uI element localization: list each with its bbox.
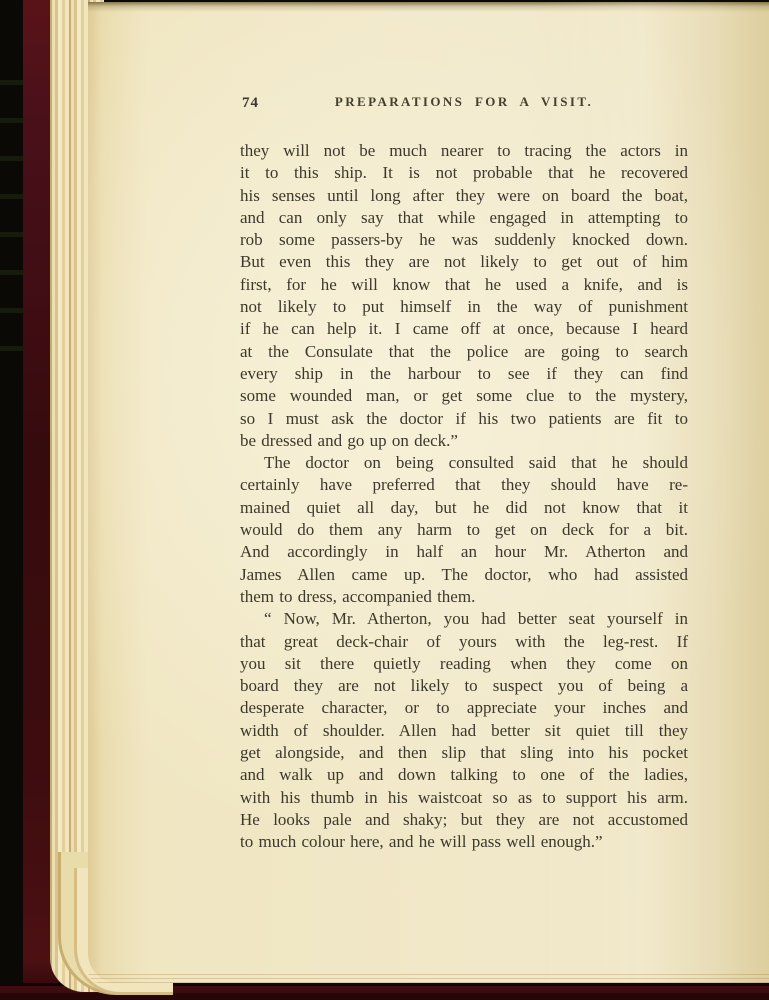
text-line: be dressed and go up on deck.” [240, 430, 688, 452]
text-line: it to this ship. It is not probable that… [240, 162, 688, 184]
text-line: so I must ask the doctor if his two pati… [240, 408, 688, 430]
text-line: at the Consulate that the police are goi… [240, 341, 688, 363]
text-line: not likely to put himself in the way of … [240, 296, 688, 318]
book-page: 74 PREPARATIONS FOR A VISIT. they will n… [88, 2, 769, 983]
text-line: The doctor on being consulted said that … [240, 452, 688, 474]
text-line: that great deck-chair of yours with the … [240, 631, 688, 653]
text-line: get alongside, and then slip that sling … [240, 742, 688, 764]
text-block: they will not be much nearer to tracing … [240, 140, 688, 854]
text-line: they will not be much nearer to tracing … [240, 140, 688, 162]
text-line: you sit there quietly reading when they … [240, 653, 688, 675]
text-line: board they are not likely to suspect you… [240, 675, 688, 697]
text-line: to much colour here, and he will pass we… [240, 831, 688, 853]
text-line: But even this they are not likely to get… [240, 251, 688, 273]
text-line: certainly have preferred that they shoul… [240, 474, 688, 496]
text-line: mained quiet all day, but he did not kno… [240, 497, 688, 519]
text-line: “ Now, Mr. Atherton, you had better seat… [240, 608, 688, 630]
text-line: and can only say that while engaged in a… [240, 207, 688, 229]
text-line: every ship in the harbour to see if they… [240, 363, 688, 385]
text-line: He looks pale and shaky; but they are no… [240, 809, 688, 831]
text-line: desperate character, or to appreciate yo… [240, 697, 688, 719]
text-line: rob some passers-by he was suddenly knoc… [240, 229, 688, 251]
paragraph: they will not be much nearer to tracing … [240, 140, 688, 452]
text-line: them to dress, accompanied them. [240, 586, 688, 608]
running-title: PREPARATIONS FOR A VISIT. [240, 94, 688, 110]
text-line: and walk up and down talking to one of t… [240, 764, 688, 786]
text-line: James Allen came up. The doctor, who had… [240, 564, 688, 586]
text-line: if he can help it. I came off at once, b… [240, 318, 688, 340]
scanned-book-photo: 74 PREPARATIONS FOR A VISIT. they will n… [0, 0, 769, 1000]
paragraph: The doctor on being consulted said that … [240, 452, 688, 608]
page-header: 74 PREPARATIONS FOR A VISIT. [240, 94, 688, 118]
text-line: width of shoulder. Allen had better sit … [240, 720, 688, 742]
text-line: with his thumb in his waistcoat so as to… [240, 787, 688, 809]
paragraph: “ Now, Mr. Atherton, you had better seat… [240, 608, 688, 853]
text-line: would do them any harm to get on deck fo… [240, 519, 688, 541]
text-line: first, for he will know that he used a k… [240, 274, 688, 296]
text-line: some wounded man, or get some clue to th… [240, 385, 688, 407]
text-line: And accordingly in half an hour Mr. Athe… [240, 541, 688, 563]
text-line: his senses until long after they were on… [240, 185, 688, 207]
page-number: 74 [242, 95, 259, 112]
page-content: 74 PREPARATIONS FOR A VISIT. they will n… [240, 2, 688, 854]
